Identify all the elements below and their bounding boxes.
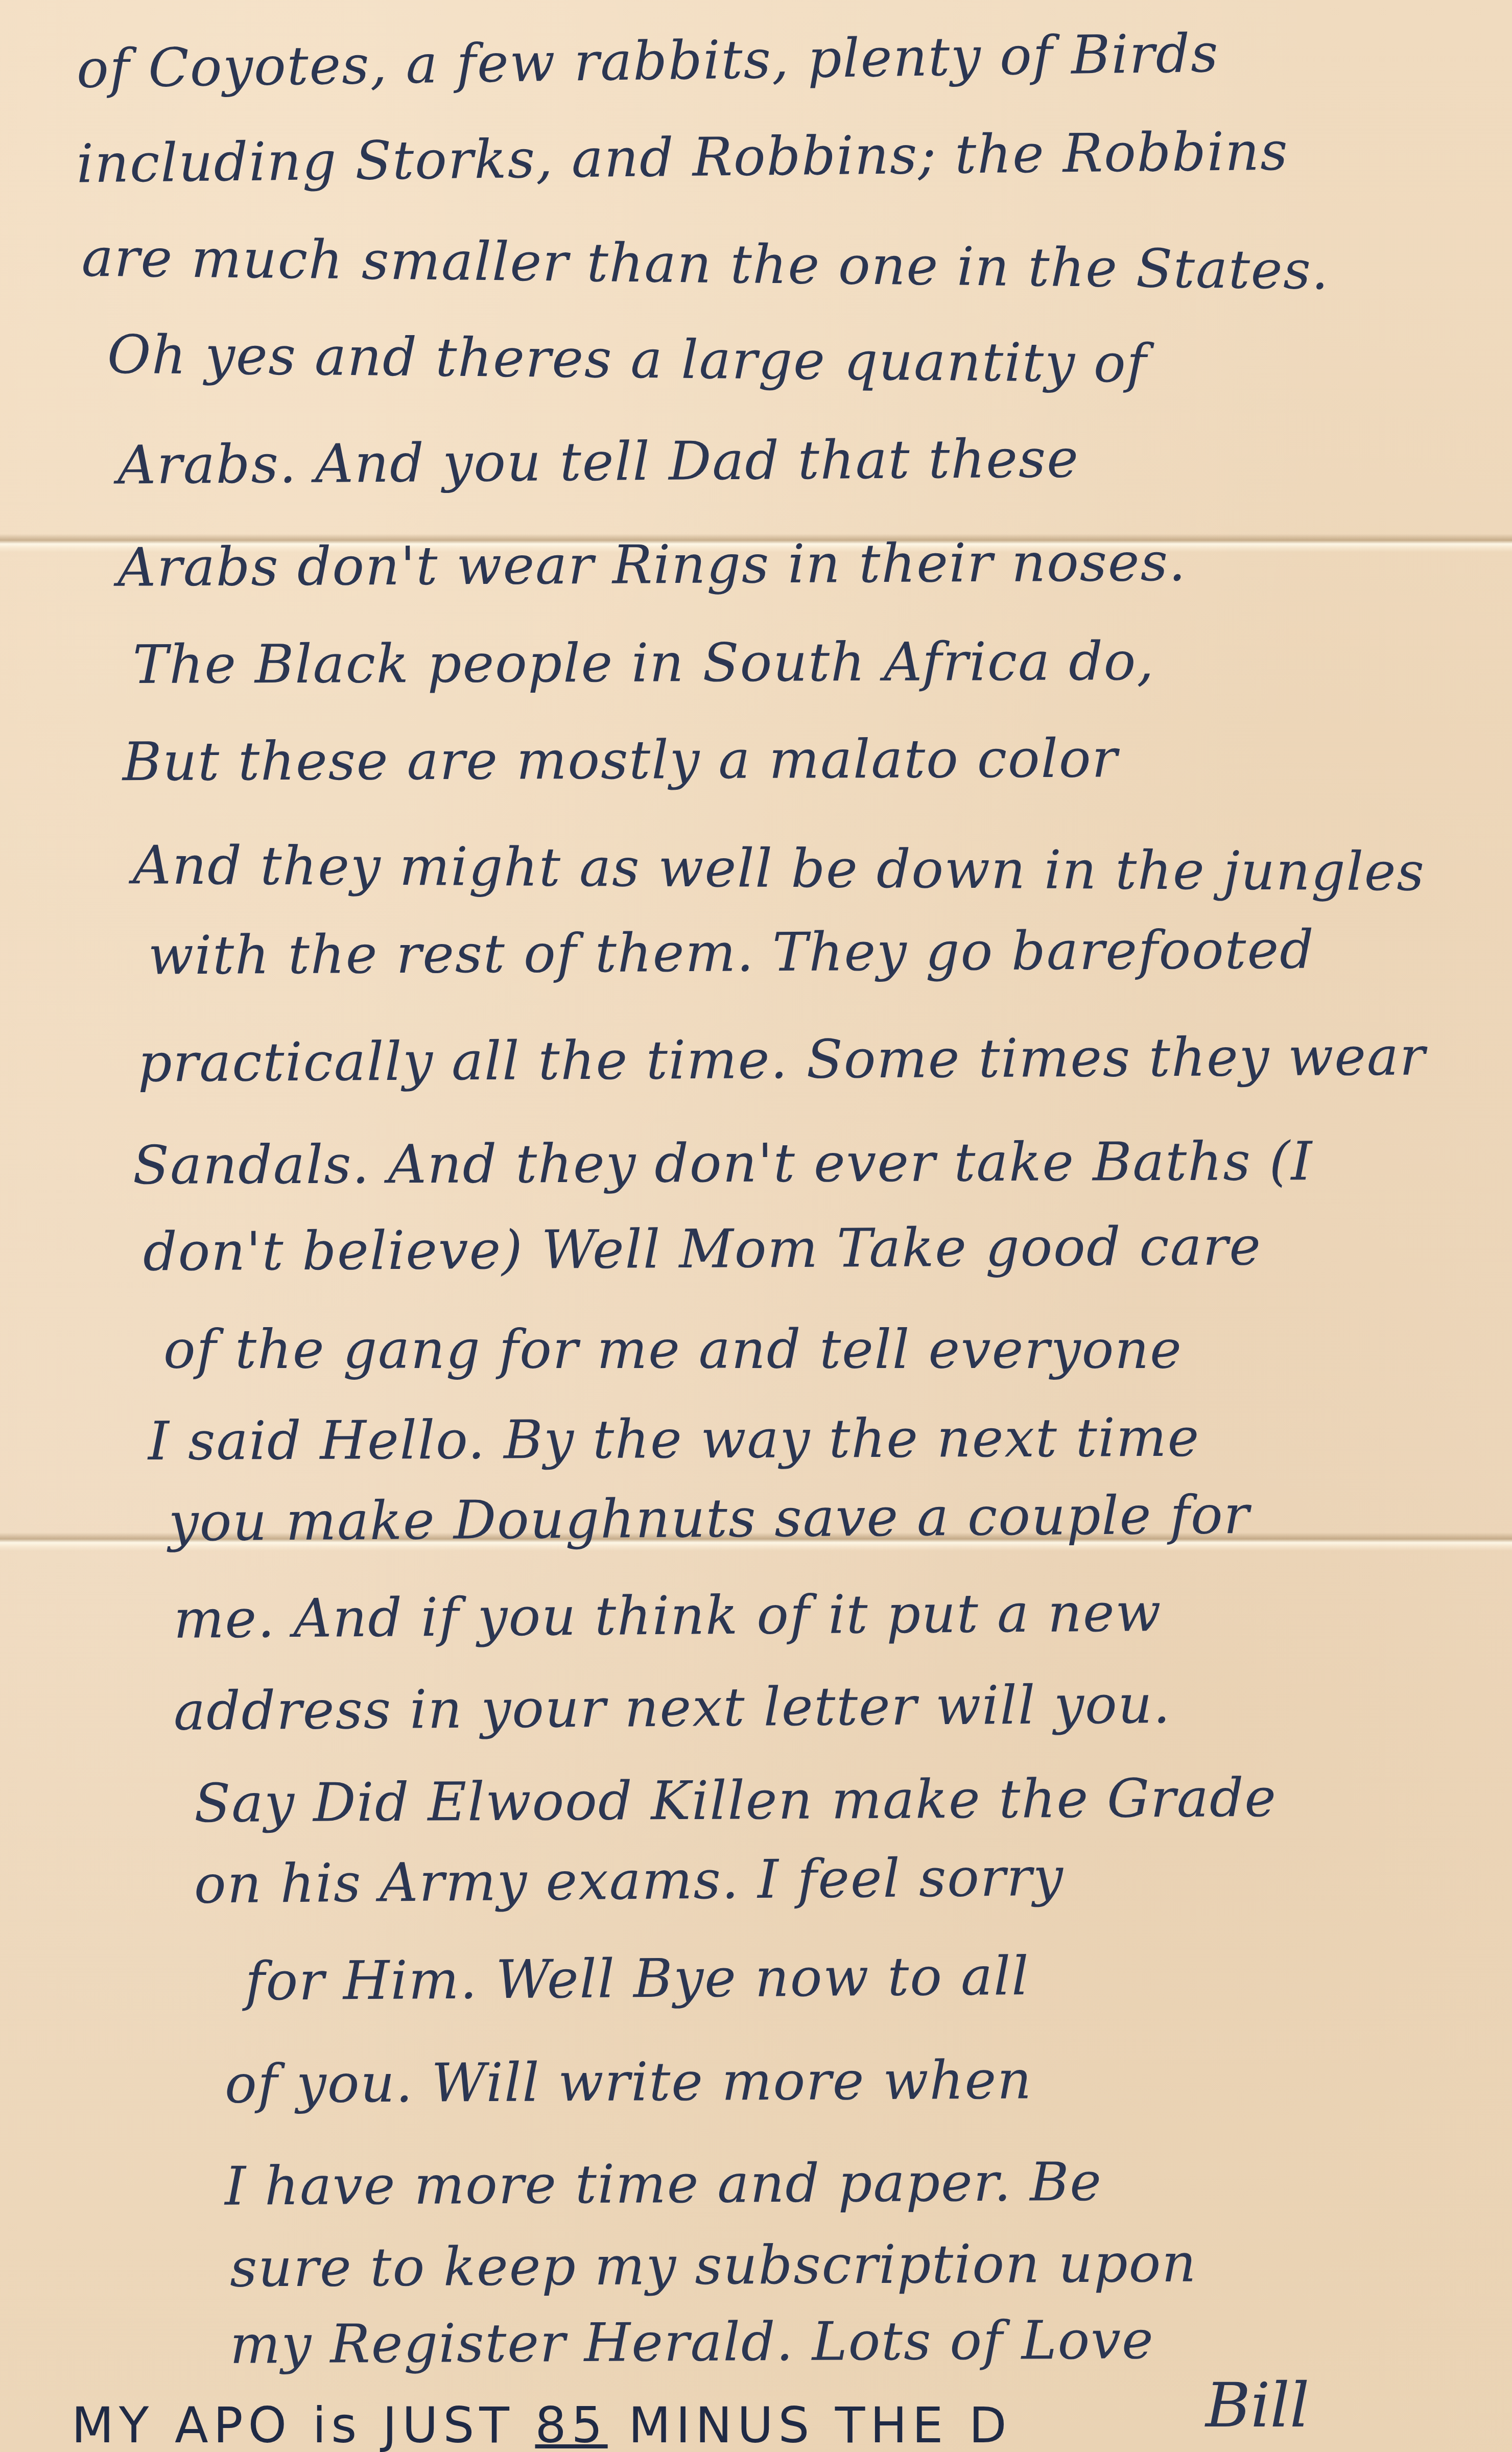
- letter-line-17: me. And if you think of it put a new: [0, 1582, 1512, 1647]
- letter-line-23: I have more time and paper. Be: [0, 2152, 1512, 2214]
- letter-line-3: are much smaller than the one in the Sta…: [0, 230, 1512, 300]
- signature: Bill: [1206, 2370, 1309, 2441]
- letter-line-18: address in your next letter will you.: [0, 1674, 1512, 1739]
- letter-line-5: Arabs. And you tell Dad that these: [0, 428, 1512, 492]
- letter-line-1: of Coyotes, a few rabbits, plenty of Bir…: [0, 21, 1512, 97]
- postscript-suffix: MINUS THE D: [608, 2397, 1012, 2452]
- letter-line-6: Arabs don't wear Rings in their noses.: [0, 533, 1512, 595]
- letter-line-7: The Black people in South Africa do,: [0, 633, 1512, 692]
- letter-line-2: including Storks, and Robbins; the Robbi…: [0, 121, 1512, 191]
- letter-line-8: But these are mostly a malato color: [0, 730, 1512, 789]
- letter-line-20: on his Army exams. I feel sorry: [0, 1845, 1512, 1913]
- letter-line-16: you make Doughnuts save a couple for: [0, 1485, 1512, 1550]
- postscript-number: 85: [535, 2397, 608, 2452]
- letter-line-22: of you. Will write more when: [0, 2049, 1512, 2112]
- letter-line-21: for Him. Well Bye now to all: [0, 1944, 1512, 2010]
- letter-line-11: practically all the time. Some times the…: [0, 1028, 1512, 1090]
- letter-line-10: with the rest of them. They go barefoote…: [0, 921, 1512, 983]
- letter-line-15: I said Hello. By the way the next time: [0, 1409, 1512, 1468]
- letter-line-13: don't believe) Well Mom Take good care: [0, 1217, 1512, 1279]
- letter-line-4: Oh yes and theres a large quantity of: [0, 327, 1512, 394]
- letter-line-9: And they might as well be down in the ju…: [0, 838, 1512, 900]
- letter-line-19: Say Did Elwood Killen make the Grade: [0, 1769, 1512, 1831]
- postscript-prefix: MY APO is JUST: [72, 2397, 535, 2452]
- letter-page: of Coyotes, a few rabbits, plenty of Bir…: [0, 0, 1512, 2452]
- letter-line-25: my Register Herald. Lots of Love: [0, 2310, 1512, 2372]
- letter-line-14: of the gang for me and tell everyone: [0, 1323, 1512, 1376]
- letter-line-12: Sandals. And they don't ever take Baths …: [0, 1134, 1512, 1192]
- letter-line-24: sure to keep my subscription upon: [0, 2233, 1512, 2296]
